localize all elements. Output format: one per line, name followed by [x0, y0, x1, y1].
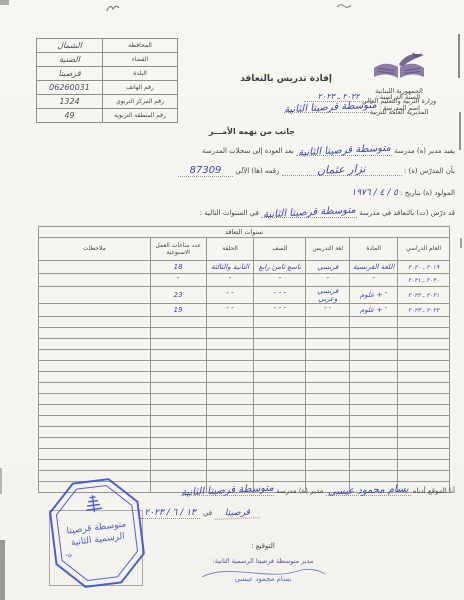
empty-table-row: [39, 405, 450, 416]
table-banner-row: سنوات التعاقد: [39, 227, 450, 238]
teacher-name-handwriting: نزار عثمان: [317, 165, 366, 175]
info-label: رقم الهاتف: [103, 81, 178, 95]
scan-edge-artifact: [0, 540, 5, 600]
line1-school-handwriting: متوسطة قرصيتا الثانية: [297, 144, 390, 158]
col-header-grade: الصف: [254, 238, 306, 261]
signature-label: التوقيع :: [188, 542, 338, 550]
date-handwriting: ١٣ / ٦ / ٢٠٢٣: [140, 508, 200, 519]
body-line-3: المولود (ة) بتاريخ : ٥ / ٤ / ١٩٧٦: [8, 188, 455, 198]
col-header-subject: المادة: [350, 238, 398, 261]
pen-mark-artifact: [336, 2, 352, 10]
teacher-id-handwriting: 87309: [190, 165, 222, 176]
info-label: المحافظة: [103, 39, 178, 53]
school-info-table: المحافظةالشمال القضاءالضنية البلدةقرصيتا…: [36, 38, 178, 123]
scan-edge-artifact: [0, 0, 9, 5]
info-value: 06260031: [37, 81, 103, 95]
empty-table-row: [39, 350, 450, 361]
empty-table-row: [39, 438, 450, 449]
cedar-icon: [84, 494, 102, 513]
col-header-notes: ملاحظات: [39, 238, 151, 261]
table-row: ٢٠٢٢ ـ ٢٠٢٣″ + علوم″ ″″ ″ ″″ ″19: [39, 304, 450, 317]
line4-school-handwriting: متوسطة قرصيتا الثانية: [262, 206, 355, 220]
info-row: القضاءالضنية: [37, 53, 178, 67]
scan-edge-artifact: [460, 238, 462, 248]
line4-prefix: قد درّس (ت) بالتعاقد في مدرسة: [359, 209, 455, 217]
info-value: الشمال: [37, 39, 103, 53]
declaration-school-handwriting: متوسطة قرصيتا الثانية: [181, 484, 274, 498]
info-row: المحافظةالشمال: [37, 39, 178, 53]
empty-table-row: [39, 427, 450, 438]
col-header-school-year: العام الدراسي: [398, 238, 450, 261]
contract-years-table: سنوات التعاقد العام الدراسي المادة لغة ا…: [38, 226, 450, 493]
table-header-row: العام الدراسي المادة لغة التدريس الصف ال…: [39, 238, 450, 261]
principal-name-handwriting: بسام محمود عيسى: [328, 486, 409, 497]
pen-mark-artifact: [106, 3, 120, 12]
empty-table-row: [39, 394, 450, 405]
signature-title: مدير متوسطة قرصيتا الرسمية الثانية:: [188, 557, 338, 565]
empty-table-row: [39, 328, 450, 339]
school-name-label: اسم المدرسة :: [379, 104, 420, 112]
school-stamp: متوسطة قرصيتا الرسمية الثانية وزارة التر…: [44, 473, 151, 594]
info-label: البلدة: [103, 67, 178, 81]
line1-suffix: بعد العودة إلى سجلات المدرسة: [202, 147, 294, 155]
body-line-1: يفيد مدير (ة) مدرسة متوسطة قرصيتا الثاني…: [8, 146, 455, 156]
info-value: 49: [37, 109, 103, 123]
empty-table-row: [39, 317, 450, 328]
col-header-cycle: الحلقة: [206, 238, 254, 261]
place-date-line: قرصيتا في ١٣ / ٦ / ٢٠٢٣: [140, 508, 260, 519]
birthdate-label: المولود (ة) بتاريخ :: [400, 189, 455, 197]
school-name-line: اسم المدرسة : متوسطة قرصيتا الثانية: [284, 103, 420, 113]
place-handwriting: قرصيتا: [215, 507, 260, 520]
info-value: الضنية: [37, 53, 103, 67]
school-year-label: السنة الدراسية :: [376, 93, 420, 101]
table-banner: سنوات التعاقد: [39, 227, 450, 238]
info-label: رقم المنطقة التربوية: [103, 109, 178, 123]
body-line-4: قد درّس (ت) بالتعاقد في مدرسة متوسطة قرص…: [8, 208, 455, 218]
signature-block: التوقيع : مدير متوسطة قرصيتا الرسمية الث…: [188, 542, 338, 583]
table-row: ٢٠٢٠ ـ ٢٠٢١″″″″″: [39, 274, 450, 287]
declaration-prefix: أنا الموقع أدناه: [413, 487, 455, 495]
empty-table-row: [39, 449, 450, 460]
open-book-logo-icon: [372, 50, 426, 82]
info-row: رقم المنطقة التربوية49: [37, 109, 178, 123]
scan-edge-artifact: [459, 112, 461, 150]
line1-prefix: يفيد مدير (ة) مدرسة: [394, 147, 455, 155]
scan-edge-artifact: [458, 34, 460, 78]
empty-table-row: [39, 361, 450, 372]
school-name-value: متوسطة قرصيتا الثانية: [284, 101, 377, 115]
in-word: في: [203, 509, 212, 517]
birthdate-handwriting: ٥ / ٤ / ١٩٧٦: [351, 188, 398, 198]
salutation: جانب من يهمه الأمـــر: [209, 127, 295, 136]
col-header-weekly-hours: عدد ساعات العمل الاسبوعية: [150, 238, 206, 261]
info-value: 1324: [37, 95, 103, 109]
line2-prefix: بأن المدرّس (ة) :: [404, 167, 455, 175]
empty-table-row: [39, 372, 450, 383]
empty-table-row: [39, 383, 450, 394]
teaching-contract-certificate-scan: المحافظةالشمال القضاءالضنية البلدةقرصيتا…: [0, 0, 464, 600]
declaration-line: أنا الموقع أدناه بسام محمود عيسى مدير (ة…: [181, 486, 455, 496]
empty-table-row: [39, 416, 450, 427]
info-row: البلدةقرصيتا: [37, 67, 178, 81]
col-header-teaching-language: لغة التدريس: [306, 238, 350, 261]
info-label: القضاء: [103, 53, 178, 67]
empty-table-row: [39, 339, 450, 350]
body-line-2: بأن المدرّس (ة) : نزار عثمان رقمه (ها) ا…: [8, 165, 455, 177]
document-title: إفادة تدريس بالتعاقد: [240, 74, 332, 84]
line4-suffix: في السنوات التالية :: [200, 209, 259, 217]
info-row: رقم المركز التربوي1324: [37, 95, 178, 109]
info-label: رقم المركز التربوي: [103, 95, 178, 109]
table-row: ٢٠١٩ ـ ٢٠٢٠اللغة الفرنسيةفرنسيتاسع ثامن …: [39, 261, 450, 274]
certificate-body: يفيد مدير (ة) مدرسة متوسطة قرصيتا الثاني…: [8, 146, 455, 218]
declaration-mid: مدير (ة) مدرسة: [276, 487, 323, 495]
table-row: ٢٠٢١ ـ ٢٠٢٢″ + علومفرنسي وعربي″ ″ ″″ ″23: [39, 287, 450, 304]
scan-edge-artifact: [0, 468, 2, 494]
info-row: رقم الهاتف06260031: [37, 81, 178, 95]
line2-mid: رقمه (ها) الآلي: [235, 167, 279, 175]
school-year-value: ٢٠٢٢ ـ ٢٠٢٣: [318, 92, 360, 101]
info-value: قرصيتا: [37, 67, 103, 81]
empty-table-row: [39, 460, 450, 471]
